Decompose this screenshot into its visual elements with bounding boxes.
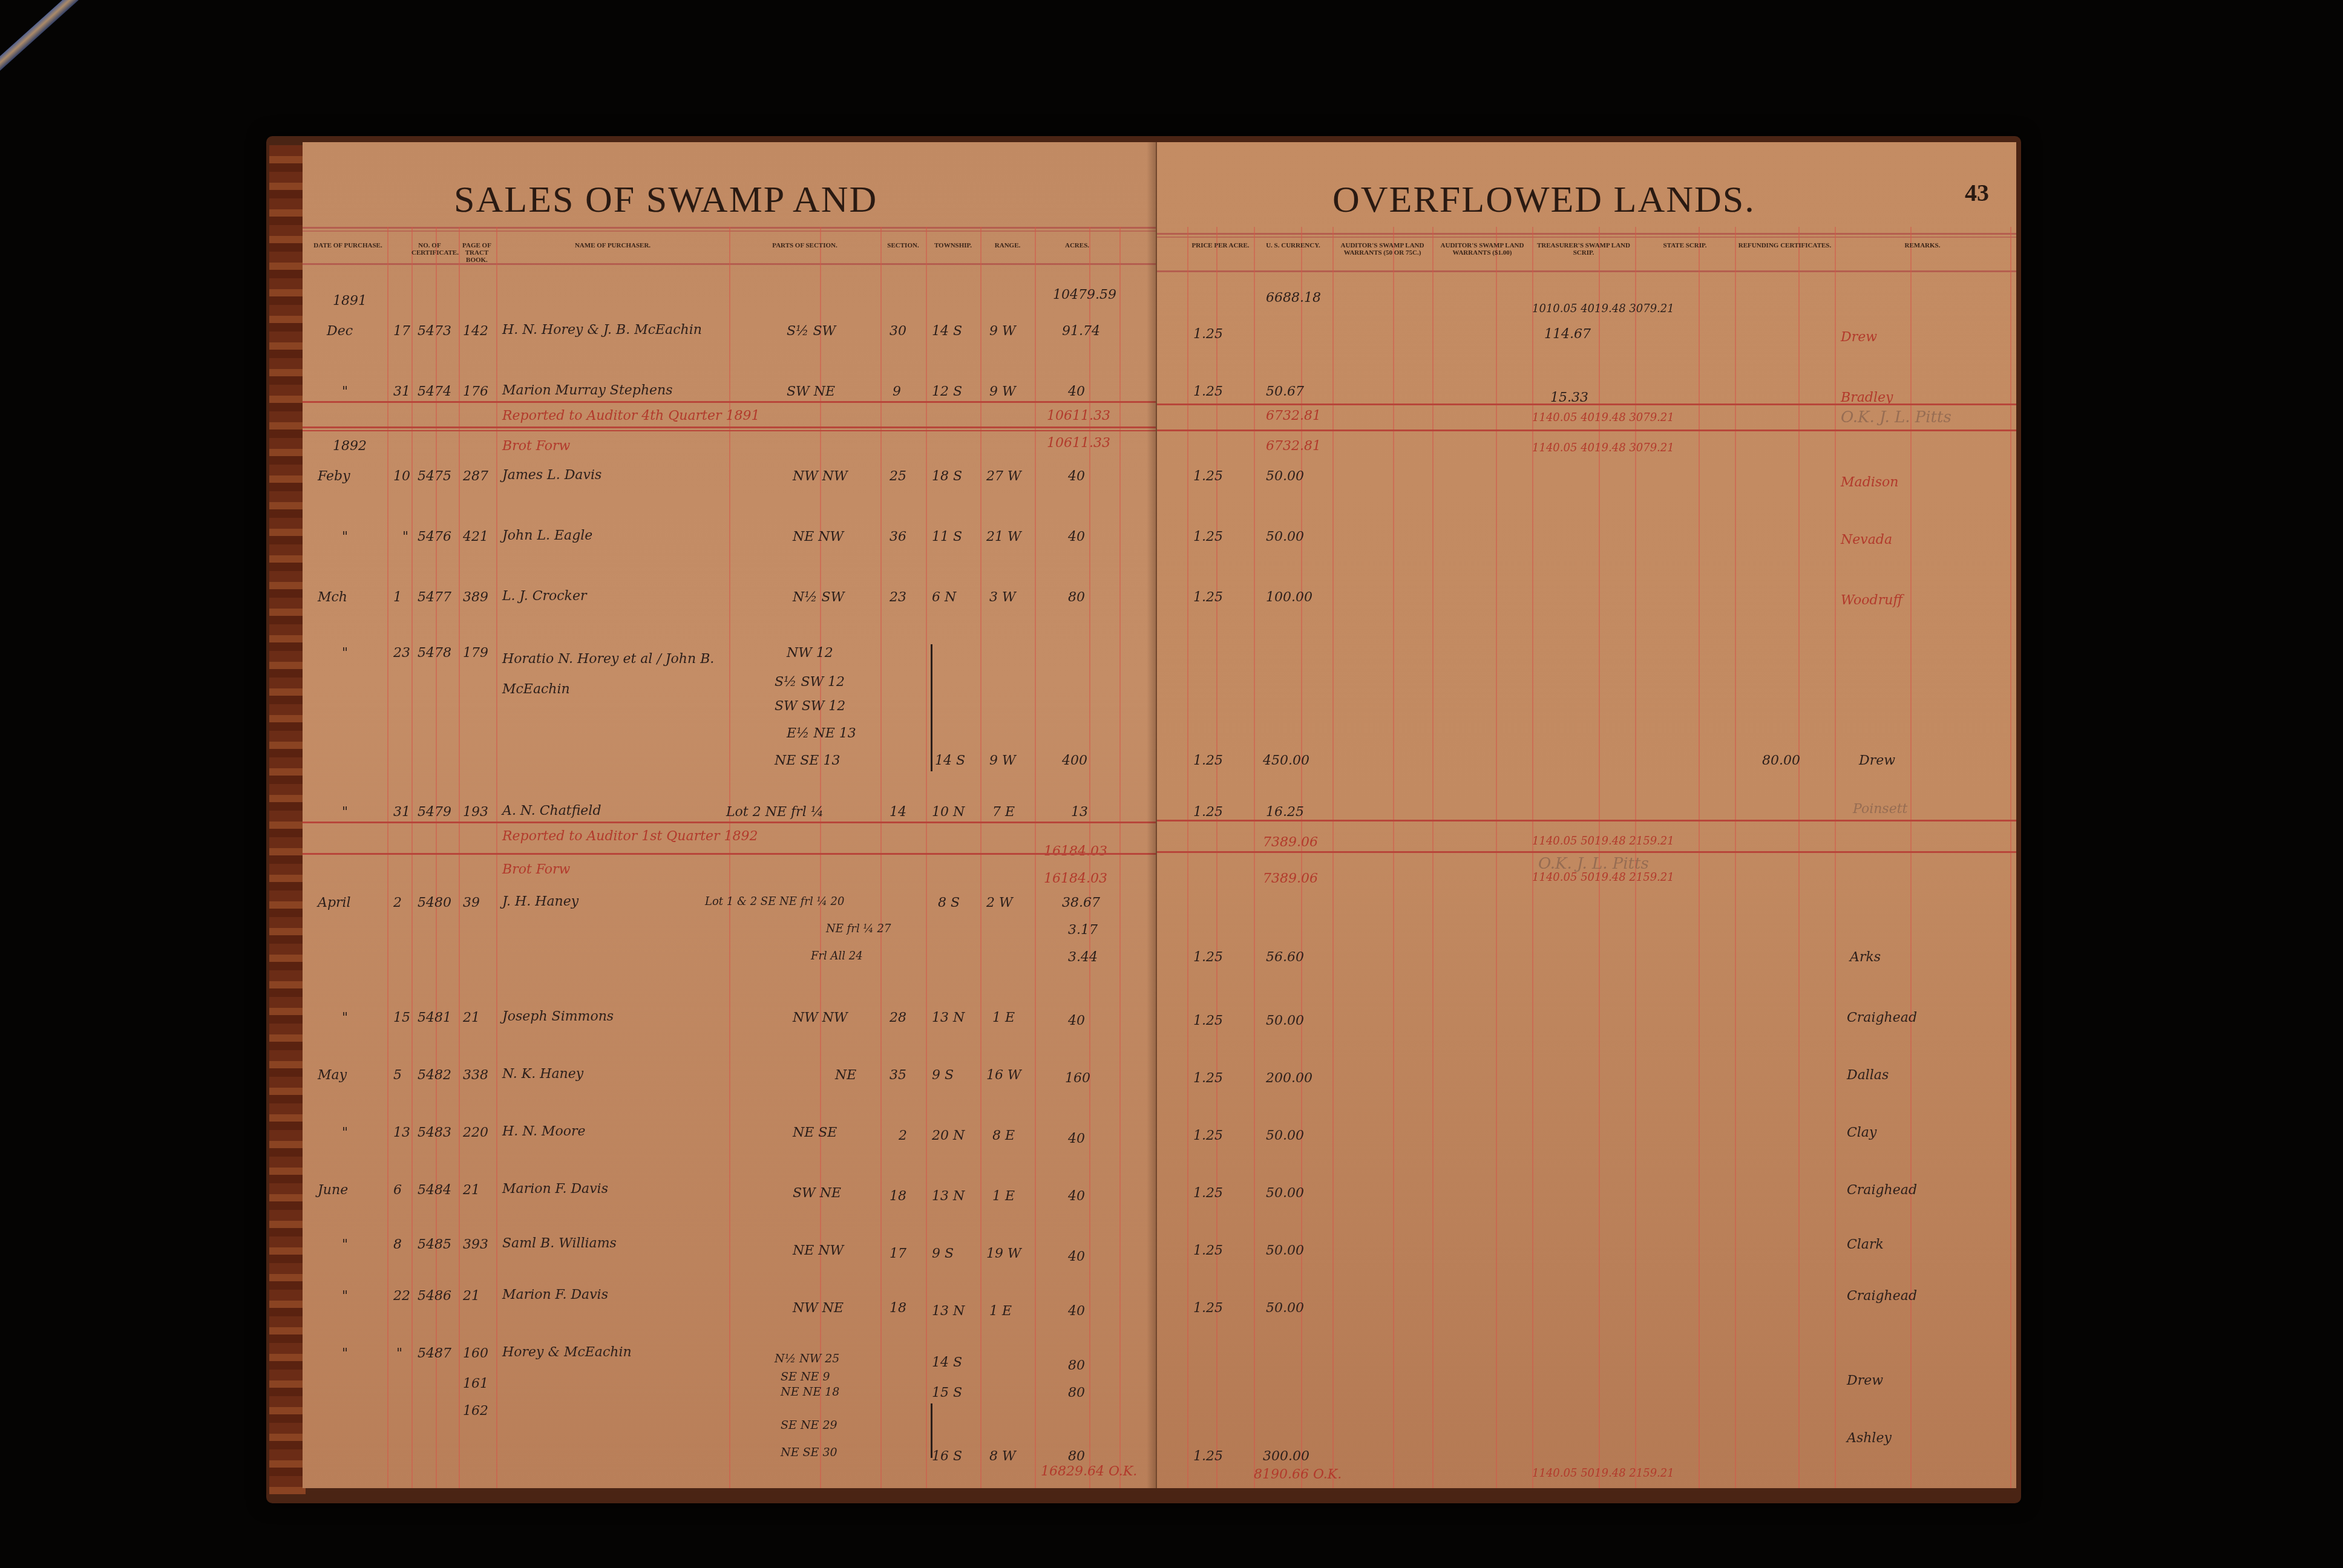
col-state-scrip: STATE SCRIP.	[1635, 242, 1735, 249]
row-remarks: Craighead	[1847, 1183, 1917, 1198]
col-rule	[1835, 227, 1836, 1488]
col-parts-of-section: PARTS OF SECTION.	[729, 242, 880, 249]
row-certificate: 5476	[418, 529, 451, 544]
row-range: 9 W	[989, 753, 1016, 768]
row-part: NE frl ¼ 27	[826, 923, 891, 935]
brought-forward-acres: 10611.33	[1047, 436, 1110, 451]
row-remarks: Craighead	[1847, 1010, 1917, 1025]
section-rule	[303, 430, 1156, 431]
row-day: 17	[393, 324, 410, 339]
col-rule	[1496, 227, 1497, 1488]
row-purchaser: N. K. Haney	[502, 1067, 583, 1082]
row-acres: 40	[1068, 1249, 1085, 1264]
row-currency: 300.00	[1263, 1449, 1309, 1464]
brought-forward-currency: 6732.81	[1266, 439, 1321, 454]
row-month: June	[318, 1183, 348, 1198]
row-range: 21 W	[986, 529, 1021, 544]
row-part: N½ NW 25	[775, 1352, 839, 1365]
auditor-signature: O.K. J. L. Pitts	[1538, 855, 1649, 873]
carried-scrip: 1010.05 4019.48 3079.21	[1532, 302, 1674, 315]
row-month: April	[318, 895, 351, 910]
row-part: NE SE	[793, 1125, 837, 1140]
col-rule	[1119, 227, 1121, 1488]
row-acres: 160	[1065, 1071, 1090, 1086]
row-price: 1.25	[1193, 1243, 1223, 1258]
section-rule	[1157, 430, 2016, 431]
row-township: 14 S	[935, 753, 965, 768]
row-tract-page: 21	[463, 1010, 480, 1025]
row-township: 20 N	[932, 1128, 965, 1143]
ledger-page-left: SALES OF SWAMP AND DATE OF PURCHASE. No.…	[303, 142, 1157, 1488]
row-tract-page: 393	[463, 1237, 488, 1252]
brought-forward-label: Brot Forw	[502, 862, 570, 877]
col-rule	[459, 227, 460, 1488]
row-currency: 50.00	[1266, 1128, 1304, 1143]
row-range: 9 W	[989, 324, 1016, 339]
row-remarks: Madison	[1841, 475, 1898, 490]
row-section: 35	[890, 1068, 906, 1083]
row-acres: 3.44	[1068, 950, 1098, 965]
col-rule	[2010, 227, 2011, 1488]
col-remarks: REMARKS.	[1835, 242, 2010, 249]
row-acres: 91.74	[1062, 324, 1100, 339]
row-range: 7 E	[992, 805, 1015, 820]
row-part: SW NE	[793, 1186, 841, 1201]
row-currency: 200.00	[1266, 1071, 1312, 1086]
row-currency: 100.00	[1266, 590, 1312, 605]
row-month: May	[318, 1068, 347, 1083]
brought-forward-label: Brot Forw	[502, 439, 570, 454]
row-remarks: Clark	[1847, 1237, 1884, 1252]
row-remarks: Ashley	[1847, 1431, 1892, 1446]
year-label: 1891	[333, 293, 367, 309]
row-day: 13	[393, 1125, 410, 1140]
row-range: 1 E	[989, 1304, 1012, 1319]
row-day: 2	[393, 895, 402, 910]
col-rule	[1432, 227, 1434, 1488]
row-purchaser: Horatio N. Horey et al / John B. McEachi…	[502, 644, 726, 705]
quarter-summary-currency: 6732.81	[1266, 408, 1321, 423]
row-remarks: Drew	[1841, 330, 1877, 345]
col-section: Section.	[880, 242, 926, 249]
row-certificate: 5484	[418, 1183, 451, 1198]
row-acres: 13	[1071, 805, 1088, 820]
row-remarks: Drew	[1859, 753, 1895, 768]
row-township: 14 S	[932, 1355, 962, 1370]
row-tract-page: 389	[463, 590, 488, 605]
row-part: NE NE 18	[781, 1385, 839, 1399]
row-certificate: 5486	[418, 1289, 451, 1304]
row-range: 27 W	[986, 469, 1021, 484]
row-acres: 40	[1068, 1304, 1085, 1319]
row-currency: 50.00	[1266, 1013, 1304, 1028]
row-range: 3 W	[989, 590, 1016, 605]
col-rule	[1254, 227, 1255, 1488]
row-scrip: 114.67	[1544, 327, 1591, 342]
row-certificate: 5485	[418, 1237, 451, 1252]
row-refund: 80.00	[1762, 753, 1800, 768]
row-range: 19 W	[986, 1246, 1021, 1261]
row-purchaser: Horey & McEachin	[502, 1345, 632, 1360]
row-township: 15 S	[932, 1385, 962, 1400]
row-price: 1.25	[1193, 529, 1223, 544]
row-purchaser: H. N. Horey & J. B. McEachin	[502, 322, 702, 338]
section-rule	[1157, 403, 2016, 405]
col-rule	[1393, 227, 1394, 1488]
ledger-page-right: OVERFLOWED LANDS. 43 Price Per Acre. U. …	[1157, 142, 2016, 1488]
row-part: NW NW	[793, 1010, 848, 1025]
brought-forward-acres: 16184.03	[1044, 871, 1107, 886]
header-rule-bottom	[1157, 270, 2016, 272]
row-certificate: 5475	[418, 469, 451, 484]
row-month: "	[342, 529, 348, 544]
row-acres: 80	[1068, 590, 1085, 605]
row-part: NW NE	[793, 1301, 844, 1316]
col-rule	[1216, 227, 1217, 1488]
row-price: 1.25	[1193, 1449, 1223, 1464]
row-month: "	[342, 1125, 348, 1140]
row-day: 31	[393, 805, 410, 820]
row-part: N½ SW	[793, 590, 844, 605]
col-rule	[980, 227, 981, 1488]
header-rule-top-2	[1157, 237, 2016, 238]
row-purchaser: James L. Davis	[502, 468, 601, 483]
row-township: 14 S	[932, 324, 962, 339]
col-name-of-purchaser: NAME OF PURCHASER.	[496, 242, 729, 249]
page-title-right: OVERFLOWED LANDS.	[1332, 178, 1755, 221]
row-part: Lot 1 & 2 SE NE frl ¼ 20	[705, 895, 844, 908]
row-township: 13 N	[932, 1010, 965, 1025]
row-day: 1	[393, 590, 402, 605]
row-tract-page: 161	[463, 1376, 488, 1391]
row-tract-page: 179	[463, 645, 488, 661]
row-month: "	[342, 1010, 348, 1025]
col-rule	[1735, 227, 1736, 1488]
col-rule	[496, 227, 497, 1488]
row-day: 23	[393, 645, 410, 661]
row-section: 25	[890, 469, 906, 484]
carried-acres: 10479.59	[1053, 287, 1116, 302]
row-section: 9	[893, 384, 901, 399]
row-remarks: Clay	[1847, 1125, 1876, 1140]
quarter-summary-acres: 16184.03	[1044, 844, 1107, 859]
row-tract-page: 338	[463, 1068, 488, 1083]
row-currency: 50.00	[1266, 529, 1304, 544]
row-purchaser: A. N. Chatfield	[502, 803, 601, 818]
row-part: S½ SW	[787, 324, 836, 339]
col-rule	[926, 227, 927, 1488]
row-township: 18 S	[932, 469, 962, 484]
bracket	[931, 644, 932, 771]
row-price: 1.25	[1193, 1301, 1223, 1316]
row-section: 23	[890, 590, 906, 605]
row-part: S½ SW 12	[775, 675, 845, 690]
row-month: "	[342, 645, 348, 661]
quarter-summary-currency: 7389.06	[1263, 835, 1318, 850]
row-certificate: 5473	[418, 324, 451, 339]
row-part: Lot 2 NE frl ¼	[726, 805, 824, 820]
row-part: SE NE 9	[781, 1370, 830, 1383]
row-tract-page: 287	[463, 469, 488, 484]
row-township: 11 S	[932, 529, 962, 544]
row-remarks: Arks	[1850, 950, 1881, 965]
row-purchaser: Marion F. Davis	[502, 1287, 608, 1302]
page-total-acres: 16829.64 O.K.	[1041, 1464, 1137, 1479]
row-township: 9 S	[932, 1246, 954, 1261]
row-part: NE NW	[793, 529, 844, 544]
row-purchaser: Saml B. Williams	[502, 1236, 617, 1251]
col-us-currency: U. S. Currency.	[1254, 242, 1332, 249]
row-purchaser: H. N. Moore	[502, 1124, 586, 1139]
row-remarks: Nevada	[1841, 532, 1892, 547]
row-section: 28	[890, 1010, 906, 1025]
brought-forward-currency: 7389.06	[1263, 871, 1318, 886]
section-rule	[303, 822, 1156, 823]
section-rule	[303, 853, 1156, 855]
row-part: SE NE 29	[781, 1419, 837, 1432]
row-township: 12 S	[932, 384, 962, 399]
row-acres: 40	[1068, 529, 1085, 544]
page-title-left: SALES OF SWAMP AND	[454, 178, 877, 221]
row-purchaser: L. J. Crocker	[502, 589, 586, 604]
row-acres: 3.17	[1068, 923, 1098, 938]
col-refunding-certificates: Refunding Certificates.	[1735, 242, 1835, 249]
row-certificate: 5481	[418, 1010, 451, 1025]
row-range: 8 W	[989, 1449, 1016, 1464]
quarter-summary-acres: 10611.33	[1047, 408, 1110, 423]
row-acres: 40	[1068, 469, 1085, 484]
quarter-summary-label: Reported to Auditor 4th Quarter 1891	[502, 408, 759, 423]
row-purchaser: John L. Eagle	[502, 528, 592, 543]
page-total-currency: 8190.66 O.K.	[1254, 1467, 1342, 1482]
row-tract-page: 21	[463, 1183, 480, 1198]
row-month: "	[342, 1237, 348, 1252]
row-certificate: 5483	[418, 1125, 451, 1140]
col-treasurer-scrip: Treasurer's Swamp Land Scrip.	[1532, 242, 1635, 256]
row-acres: 400	[1062, 753, 1087, 768]
row-township: 13 N	[932, 1189, 965, 1204]
col-auditor-warrants-100: Auditor's Swamp Land Warrants ($1.00)	[1432, 242, 1532, 256]
row-acres: 40	[1068, 384, 1085, 399]
row-certificate: 5474	[418, 384, 451, 399]
section-rule	[303, 401, 1156, 403]
quarter-summary-label: Reported to Auditor 1st Quarter 1892	[502, 829, 758, 844]
row-certificate: 5480	[418, 895, 451, 910]
row-tract-page: 176	[463, 384, 488, 399]
row-month: "	[342, 805, 348, 820]
row-range: 2 W	[986, 895, 1013, 910]
col-rule	[1699, 227, 1700, 1488]
row-remarks: Woodruff	[1841, 593, 1902, 608]
col-certificate-no: No. of Certificate.	[411, 242, 448, 256]
row-day: 8	[393, 1237, 402, 1252]
row-price: 1.25	[1193, 1013, 1223, 1028]
row-part: NE NW	[793, 1243, 844, 1258]
col-price-per-acre: Price Per Acre.	[1187, 242, 1254, 249]
col-rule	[880, 227, 882, 1488]
row-part: NE SE 30	[781, 1446, 837, 1459]
row-acres: 38.67	[1062, 895, 1100, 910]
row-price: 1.25	[1193, 753, 1223, 768]
col-rule	[1798, 227, 1800, 1488]
row-day: 31	[393, 384, 410, 399]
row-township: 9 S	[932, 1068, 954, 1083]
brought-forward-scrip: 1140.05 5019.48 2159.21	[1532, 871, 1674, 884]
row-remarks: Poinsett	[1853, 802, 1907, 817]
row-currency: 50.00	[1266, 1186, 1304, 1201]
col-township: Township.	[926, 242, 980, 249]
row-price: 1.25	[1193, 1186, 1223, 1201]
row-part: NE	[835, 1068, 856, 1083]
row-purchaser: J. H. Haney	[502, 894, 578, 909]
row-price: 1.25	[1193, 1071, 1223, 1086]
quarter-summary-scrip: 1140.05 5019.48 2159.21	[1532, 835, 1674, 848]
row-acres: 40	[1068, 1013, 1085, 1028]
row-currency: 50.00	[1266, 469, 1304, 484]
row-section: 36	[890, 529, 906, 544]
row-price: 1.25	[1193, 590, 1223, 605]
row-certificate: 5487	[418, 1346, 451, 1361]
row-remarks: Dallas	[1847, 1068, 1889, 1083]
row-township: 10 N	[932, 805, 965, 820]
col-rule	[1035, 227, 1036, 1488]
row-day: 6	[393, 1183, 402, 1198]
row-range: 1 E	[992, 1010, 1015, 1025]
row-remarks: Craighead	[1847, 1289, 1917, 1304]
row-certificate: 5478	[418, 645, 451, 661]
row-purchaser: Joseph Simmons	[502, 1009, 614, 1024]
quarter-summary-scrip: 1140.05 4019.48 3079.21	[1532, 411, 1674, 424]
row-certificate: 5477	[418, 590, 451, 605]
row-part: E½ NE 13	[787, 726, 856, 741]
row-price: 1.25	[1193, 1128, 1223, 1143]
row-certificate: 5482	[418, 1068, 451, 1083]
row-currency: 450.00	[1263, 753, 1309, 768]
brought-forward-scrip: 1140.05 4019.48 3079.21	[1532, 442, 1674, 454]
row-tract-page: 421	[463, 529, 488, 544]
row-acres: 80	[1068, 1449, 1085, 1464]
row-township: 13 N	[932, 1304, 965, 1319]
section-rule	[1157, 851, 2016, 853]
row-currency: 16.25	[1266, 805, 1304, 820]
row-day: "	[396, 1346, 402, 1361]
row-month: Mch	[318, 590, 347, 605]
row-tract-page: 220	[463, 1125, 488, 1140]
col-rule	[1187, 227, 1188, 1488]
row-price: 1.25	[1193, 327, 1223, 342]
row-acres: 40	[1068, 1189, 1085, 1204]
row-range: 1 E	[992, 1189, 1015, 1204]
section-rule	[1157, 820, 2016, 822]
row-price: 1.25	[1193, 805, 1223, 820]
row-acres: 80	[1068, 1385, 1085, 1400]
row-price: 1.25	[1193, 469, 1223, 484]
row-part: Frl All 24	[811, 950, 863, 962]
row-day: 5	[393, 1068, 402, 1083]
section-rule	[303, 426, 1156, 428]
row-day: "	[402, 529, 408, 544]
row-section: 14	[890, 805, 906, 820]
row-tract-page: 193	[463, 805, 488, 820]
row-price: 1.25	[1193, 950, 1223, 965]
row-tract-page: 160	[463, 1346, 488, 1361]
row-range: 16 W	[986, 1068, 1021, 1083]
row-currency: 50.67	[1266, 384, 1304, 399]
book-page-edges	[269, 145, 306, 1494]
page-total-scrip: 1140.05 5019.48 2159.21	[1532, 1467, 1674, 1480]
col-date-of-purchase: DATE OF PURCHASE.	[309, 242, 387, 249]
row-section: 17	[890, 1246, 906, 1261]
row-acres: 80	[1068, 1358, 1085, 1373]
row-part: NW NW	[793, 469, 848, 484]
auditor-signature: O.K. J. L. Pitts	[1841, 408, 1951, 426]
row-month: Feby	[318, 469, 350, 484]
col-rule	[820, 227, 821, 1488]
col-acres: Acres.	[1035, 242, 1119, 249]
col-rule	[411, 227, 413, 1488]
col-auditor-warrants-50-75: Auditor's Swamp Land Warrants (50 or 75c…	[1332, 242, 1432, 256]
col-range: Range.	[980, 242, 1035, 249]
row-month: "	[342, 384, 348, 399]
row-section: 18	[890, 1189, 906, 1204]
row-tract-page: 142	[463, 324, 488, 339]
row-township: 16 S	[932, 1449, 962, 1464]
row-price: 1.25	[1193, 384, 1223, 399]
row-purchaser: Marion Murray Stephens	[502, 383, 673, 398]
row-township: 8 S	[938, 895, 960, 910]
row-section: 2	[899, 1128, 907, 1143]
row-month: "	[342, 1346, 348, 1361]
row-day: 22	[393, 1289, 410, 1304]
page-number: 43	[1965, 178, 1989, 207]
row-section: 30	[890, 324, 906, 339]
row-month: Dec	[327, 324, 353, 339]
row-month: "	[342, 1289, 348, 1304]
row-currency: 56.60	[1266, 950, 1304, 965]
row-section: 18	[890, 1301, 906, 1316]
metal-rod-prop	[0, 0, 255, 100]
row-tract-page: 39	[463, 895, 480, 910]
row-part: NW 12	[787, 645, 833, 661]
header-rule-top	[1157, 233, 2016, 235]
year-label: 1892	[333, 439, 367, 454]
row-township: 6 N	[932, 590, 956, 605]
row-certificate: 5479	[418, 805, 451, 820]
row-part: SW SW 12	[775, 699, 845, 714]
row-acres: 40	[1068, 1131, 1085, 1146]
row-range: 9 W	[989, 384, 1016, 399]
row-purchaser: Marion F. Davis	[502, 1181, 608, 1197]
col-rule	[387, 227, 388, 1488]
row-currency: 50.00	[1266, 1301, 1304, 1316]
row-tract-page: 21	[463, 1289, 480, 1304]
row-currency: 50.00	[1266, 1243, 1304, 1258]
row-tract-page: 162	[463, 1403, 488, 1419]
col-tract-book-page: Page of Tract Book.	[459, 242, 495, 264]
row-part: NE SE 13	[775, 753, 840, 768]
col-rule	[1332, 227, 1334, 1488]
row-part: SW NE	[787, 384, 835, 399]
row-remarks: Drew	[1847, 1373, 1883, 1388]
row-day: 10	[393, 469, 410, 484]
row-range: 8 E	[992, 1128, 1015, 1143]
carried-currency: 6688.18	[1266, 290, 1321, 305]
row-day: 15	[393, 1010, 410, 1025]
